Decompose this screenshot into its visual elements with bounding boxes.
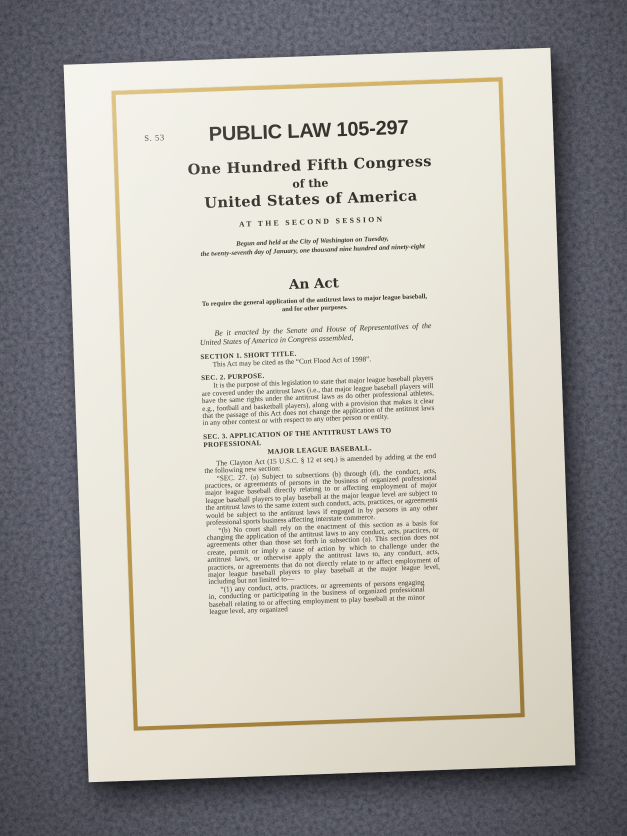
document-paper: S. 53 PUBLIC LAW 105-297 One Hundred Fif… xyxy=(64,48,576,783)
act-heading: An Act xyxy=(122,269,505,298)
document-content: S. 53 PUBLIC LAW 105-297 One Hundred Fif… xyxy=(116,82,521,727)
sec27-subsection-b: “(b) No court shall rely on the enactmen… xyxy=(206,519,440,586)
document-inner-area: S. 53 PUBLIC LAW 105-297 One Hundred Fif… xyxy=(116,82,521,727)
session-line: AT THE SECOND SESSION xyxy=(120,210,503,232)
law-title: PUBLIC LAW 105-297 xyxy=(117,114,501,150)
masthead: S. 53 PUBLIC LAW 105-297 xyxy=(116,82,501,150)
convening-statement: Begun and held at the City of Washington… xyxy=(121,230,504,261)
statute-text-column: Be it enacted by the Senate and House of… xyxy=(199,321,441,616)
sec27-subsection-b1: “(1) any conduct, acts, practices, or ag… xyxy=(208,579,425,616)
gold-border-frame: S. 53 PUBLIC LAW 105-297 One Hundred Fif… xyxy=(112,77,525,730)
sec27-subsection-a: “SEC. 27. (a) Subject to subsections (b)… xyxy=(205,468,439,528)
section2-body: It is the purpose of this legislation to… xyxy=(201,375,434,428)
act-purpose: To require the general application of th… xyxy=(189,293,439,318)
enacting-clause: Be it enacted by the Senate and House of… xyxy=(199,321,431,347)
congress-heading: One Hundred Fifth Congress of the United… xyxy=(118,153,502,214)
photo-scene: S. 53 PUBLIC LAW 105-297 One Hundred Fif… xyxy=(0,0,627,836)
bill-number: S. 53 xyxy=(144,132,165,143)
